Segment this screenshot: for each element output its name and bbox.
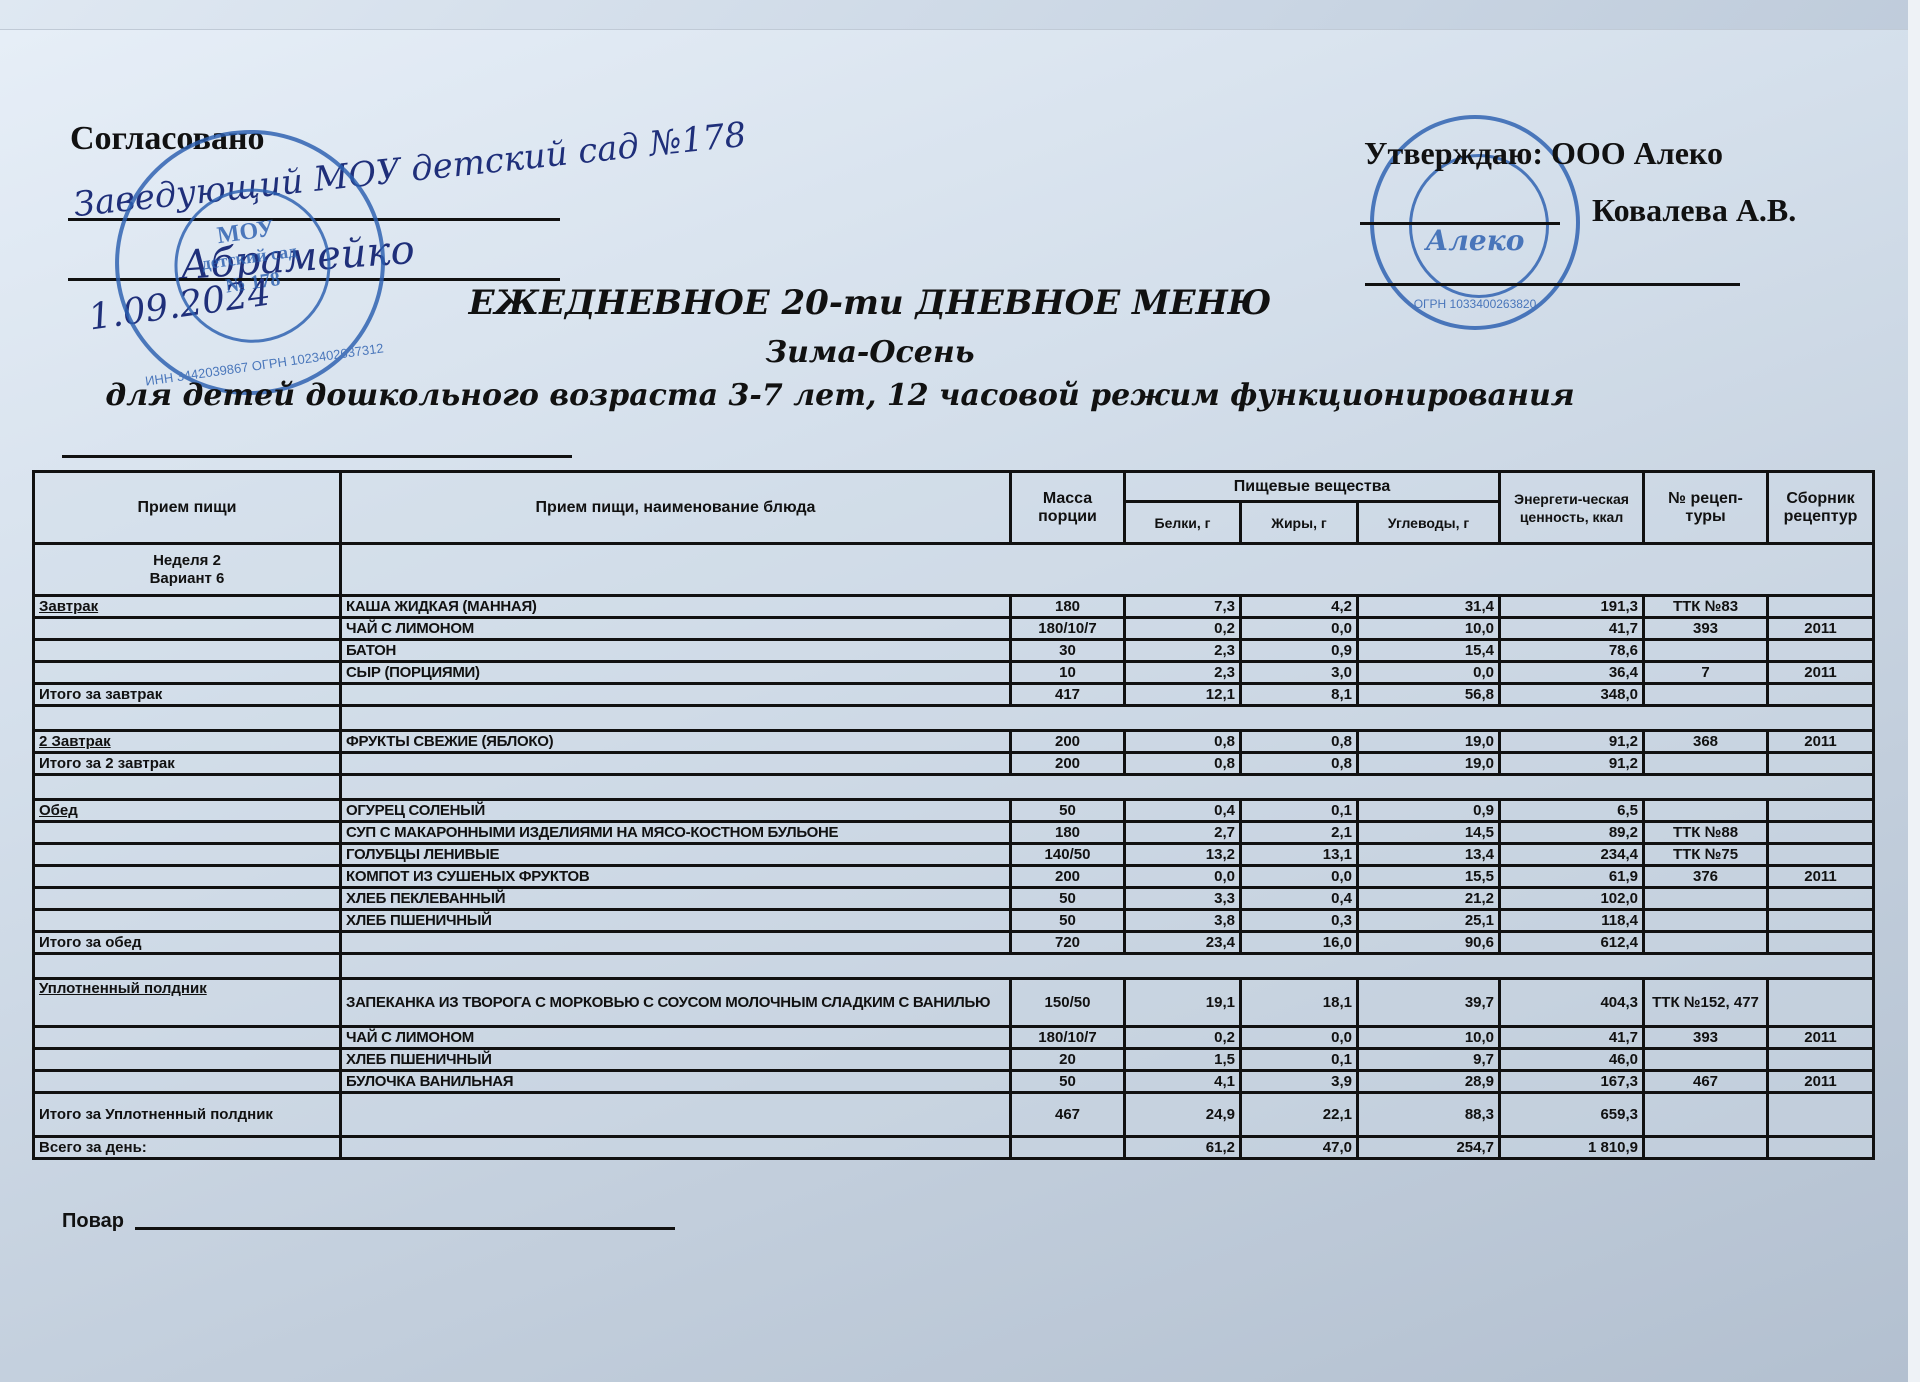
collection-cell: 2011 (1768, 731, 1874, 753)
collection-cell: 2011 (1768, 1071, 1874, 1093)
recipe-cell: 393 (1644, 618, 1768, 640)
cook-signature-line (135, 1227, 675, 1230)
stamp-right-text: Алеко (1374, 224, 1576, 257)
carbs-cell: 10,0 (1358, 618, 1500, 640)
mass-cell: 140/50 (1011, 844, 1125, 866)
empty-cell (1644, 1137, 1768, 1159)
week-label: Неделя 2 (39, 552, 335, 570)
energy-total: 612,4 (1500, 932, 1644, 954)
empty-cell (341, 1137, 1011, 1159)
fat-cell: 0,4 (1241, 888, 1358, 910)
total-row: Итого за 2 завтрак2000,80,819,091,2 (34, 753, 1874, 775)
carbs-total: 88,3 (1358, 1093, 1500, 1137)
mass-total: 417 (1011, 684, 1125, 706)
energy-cell: 234,4 (1500, 844, 1644, 866)
dish-name: БАТОН (341, 640, 1011, 662)
header-dish: Прием пищи, наименование блюда (341, 472, 1011, 544)
carbs-cell: 28,9 (1358, 1071, 1500, 1093)
spacer-row (34, 775, 1874, 800)
empty-cell (34, 775, 341, 800)
week-variant-cell: Неделя 2 Вариант 6 (34, 544, 341, 596)
energy-cell: 191,3 (1500, 596, 1644, 618)
header-recipe-no: № рецеп-туры (1644, 472, 1768, 544)
document-subtitle: для детей дошкольного возраста 3-7 лет, … (0, 378, 1800, 413)
empty-cell (341, 954, 1874, 979)
table-row: ЗавтракКАША ЖИДКАЯ (МАННАЯ)1807,34,231,4… (34, 596, 1874, 618)
collection-cell (1768, 822, 1874, 844)
carbs-cell: 15,4 (1358, 640, 1500, 662)
table-row: ХЛЕБ ПШЕНИЧНЫЙ503,80,325,1118,4 (34, 910, 1874, 932)
header-collection: Сборник рецептур (1768, 472, 1874, 544)
carbs-day-total: 254,7 (1358, 1137, 1500, 1159)
carbs-cell: 21,2 (1358, 888, 1500, 910)
protein-day-total: 61,2 (1125, 1137, 1241, 1159)
dish-name: ХЛЕБ ПШЕНИЧНЫЙ (341, 910, 1011, 932)
total-label: Итого за обед (34, 932, 341, 954)
protein-cell: 3,3 (1125, 888, 1241, 910)
recipe-cell: ТТК №152, 477 (1644, 979, 1768, 1027)
protein-cell: 4,1 (1125, 1071, 1241, 1093)
spacer-row (34, 706, 1874, 731)
dish-name: КОМПОТ ИЗ СУШЕНЫХ ФРУКТОВ (341, 866, 1011, 888)
fat-cell: 0,0 (1241, 1027, 1358, 1049)
spacer-row (34, 954, 1874, 979)
energy-cell: 61,9 (1500, 866, 1644, 888)
protein-cell: 2,7 (1125, 822, 1241, 844)
carbs-cell: 9,7 (1358, 1049, 1500, 1071)
empty-cell (34, 706, 341, 731)
energy-cell: 118,4 (1500, 910, 1644, 932)
carbs-total: 90,6 (1358, 932, 1500, 954)
empty-cell (341, 706, 1874, 731)
dish-name: ЗАПЕКАНКА ИЗ ТВОРОГА С МОРКОВЬЮ С СОУСОМ… (341, 979, 1011, 1027)
protein-cell: 1,5 (1125, 1049, 1241, 1071)
table-row: ЧАЙ С ЛИМОНОМ180/10/70,20,010,041,739320… (34, 1027, 1874, 1049)
mass-cell: 30 (1011, 640, 1125, 662)
empty-cell (34, 888, 341, 910)
mass-cell: 10 (1011, 662, 1125, 684)
table-row: БУЛОЧКА ВАНИЛЬНАЯ504,13,928,9167,3467201… (34, 1071, 1874, 1093)
empty-cell (34, 1027, 341, 1049)
meal-name: 2 Завтрак (34, 731, 341, 753)
day-total-row: Всего за день:61,247,0254,71 810,9 (34, 1137, 1874, 1159)
meal-name: Обед (34, 800, 341, 822)
meal-name: Уплотненный полдник (34, 979, 341, 1027)
empty-cell (1644, 684, 1768, 706)
mass-cell: 50 (1011, 888, 1125, 910)
page-edge (1908, 0, 1920, 1382)
mass-cell: 180 (1011, 596, 1125, 618)
energy-cell: 91,2 (1500, 731, 1644, 753)
recipe-cell: 7 (1644, 662, 1768, 684)
fat-cell: 0,1 (1241, 800, 1358, 822)
protein-cell: 19,1 (1125, 979, 1241, 1027)
dish-name: СУП С МАКАРОННЫМИ ИЗДЕЛИЯМИ НА МЯСО-КОСТ… (341, 822, 1011, 844)
fat-total: 8,1 (1241, 684, 1358, 706)
protein-cell: 0,4 (1125, 800, 1241, 822)
recipe-cell (1644, 800, 1768, 822)
mass-cell: 50 (1011, 1071, 1125, 1093)
header-carbs: Углеводы, г (1358, 502, 1500, 544)
energy-cell: 167,3 (1500, 1071, 1644, 1093)
empty-cell (34, 1071, 341, 1093)
dish-name: ФРУКТЫ СВЕЖИЕ (ЯБЛОКО) (341, 731, 1011, 753)
approved-label: Утверждаю: ООО Алеко (1364, 135, 1723, 172)
fat-cell: 3,9 (1241, 1071, 1358, 1093)
collection-cell (1768, 979, 1874, 1027)
empty-cell (1768, 753, 1874, 775)
fat-cell: 13,1 (1241, 844, 1358, 866)
carbs-total: 19,0 (1358, 753, 1500, 775)
table-row: ОбедОГУРЕЦ СОЛЕНЫЙ500,40,10,96,5 (34, 800, 1874, 822)
approved-name: Ковалева А.В. (1592, 192, 1796, 229)
energy-day-total: 1 810,9 (1500, 1137, 1644, 1159)
carbs-cell: 31,4 (1358, 596, 1500, 618)
recipe-cell: 393 (1644, 1027, 1768, 1049)
mass-cell: 200 (1011, 731, 1125, 753)
dish-name: ХЛЕБ ПШЕНИЧНЫЙ (341, 1049, 1011, 1071)
empty-cell (34, 640, 341, 662)
collection-cell (1768, 888, 1874, 910)
recipe-cell: ТТК №88 (1644, 822, 1768, 844)
fat-cell: 18,1 (1241, 979, 1358, 1027)
recipe-cell (1644, 910, 1768, 932)
empty-cell (34, 954, 341, 979)
protein-total: 24,9 (1125, 1093, 1241, 1137)
protein-total: 0,8 (1125, 753, 1241, 775)
protein-cell: 0,2 (1125, 618, 1241, 640)
carbs-cell: 19,0 (1358, 731, 1500, 753)
collection-cell (1768, 1049, 1874, 1071)
protein-cell: 13,2 (1125, 844, 1241, 866)
empty-cell (1644, 753, 1768, 775)
energy-cell: 41,7 (1500, 1027, 1644, 1049)
mass-total (1011, 1137, 1125, 1159)
recipe-cell: 368 (1644, 731, 1768, 753)
empty-cell (341, 684, 1011, 706)
empty-cell (34, 910, 341, 932)
header-fat: Жиры, г (1241, 502, 1358, 544)
empty-cell (341, 753, 1011, 775)
protein-cell: 2,3 (1125, 662, 1241, 684)
empty-cell (341, 1093, 1011, 1137)
fat-total: 16,0 (1241, 932, 1358, 954)
table-row: Уплотненный полдникЗАПЕКАНКА ИЗ ТВОРОГА … (34, 979, 1874, 1027)
menu-table: Прием пищи Прием пищи, наименование блюд… (32, 470, 1875, 1160)
mass-cell: 50 (1011, 800, 1125, 822)
recipe-cell (1644, 640, 1768, 662)
energy-total: 91,2 (1500, 753, 1644, 775)
collection-cell: 2011 (1768, 1027, 1874, 1049)
protein-cell: 0,8 (1125, 731, 1241, 753)
energy-cell: 36,4 (1500, 662, 1644, 684)
collection-cell (1768, 910, 1874, 932)
table-row: ХЛЕБ ПЕКЛЕВАННЫЙ503,30,421,2102,0 (34, 888, 1874, 910)
fat-cell: 4,2 (1241, 596, 1358, 618)
recipe-cell: ТТК №75 (1644, 844, 1768, 866)
recipe-cell (1644, 888, 1768, 910)
collection-cell: 2011 (1768, 866, 1874, 888)
day-total-label: Всего за день: (34, 1137, 341, 1159)
carbs-cell: 14,5 (1358, 822, 1500, 844)
header-energy: Энергети-ческая ценность, ккал (1500, 472, 1644, 544)
table-row: БАТОН302,30,915,478,6 (34, 640, 1874, 662)
recipe-cell: 376 (1644, 866, 1768, 888)
dish-name: СЫР (ПОРЦИЯМИ) (341, 662, 1011, 684)
mass-cell: 150/50 (1011, 979, 1125, 1027)
energy-cell: 46,0 (1500, 1049, 1644, 1071)
empty-cell (341, 932, 1011, 954)
carbs-cell: 25,1 (1358, 910, 1500, 932)
carbs-cell: 0,0 (1358, 662, 1500, 684)
dish-name: ГОЛУБЦЫ ЛЕНИВЫЕ (341, 844, 1011, 866)
energy-cell: 6,5 (1500, 800, 1644, 822)
table-row: ЧАЙ С ЛИМОНОМ180/10/70,20,010,041,739320… (34, 618, 1874, 640)
dish-name: КАША ЖИДКАЯ (МАННАЯ) (341, 596, 1011, 618)
total-label: Итого за Уплотненный полдник (34, 1093, 341, 1137)
mass-cell: 200 (1011, 866, 1125, 888)
mass-total: 200 (1011, 753, 1125, 775)
fat-cell: 0,8 (1241, 731, 1358, 753)
dish-name: БУЛОЧКА ВАНИЛЬНАЯ (341, 1071, 1011, 1093)
energy-cell: 89,2 (1500, 822, 1644, 844)
divider-line (62, 455, 572, 458)
mass-cell: 180 (1011, 822, 1125, 844)
empty-cell (341, 544, 1874, 596)
fat-cell: 2,1 (1241, 822, 1358, 844)
fat-cell: 3,0 (1241, 662, 1358, 684)
total-row: Итого за Уплотненный полдник46724,922,18… (34, 1093, 1874, 1137)
document-season: Зима-Осень (0, 335, 1830, 370)
empty-cell (34, 866, 341, 888)
collection-cell: 2011 (1768, 618, 1874, 640)
carbs-cell: 0,9 (1358, 800, 1500, 822)
meal-name: Завтрак (34, 596, 341, 618)
energy-cell: 404,3 (1500, 979, 1644, 1027)
table-row: КОМПОТ ИЗ СУШЕНЫХ ФРУКТОВ2000,00,015,561… (34, 866, 1874, 888)
empty-cell (34, 844, 341, 866)
protein-cell: 0,0 (1125, 866, 1241, 888)
carbs-cell: 39,7 (1358, 979, 1500, 1027)
header-nutrients: Пищевые вещества (1125, 472, 1500, 502)
header-meal: Прием пищи (34, 472, 341, 544)
cook-label: Повар (62, 1210, 124, 1233)
table-row: ХЛЕБ ПШЕНИЧНЫЙ201,50,19,746,0 (34, 1049, 1874, 1071)
empty-cell (1768, 1137, 1874, 1159)
collection-cell (1768, 596, 1874, 618)
carbs-cell: 10,0 (1358, 1027, 1500, 1049)
empty-cell (1644, 1093, 1768, 1137)
dish-name: ХЛЕБ ПЕКЛЕВАННЫЙ (341, 888, 1011, 910)
fat-total: 22,1 (1241, 1093, 1358, 1137)
collection-cell: 2011 (1768, 662, 1874, 684)
header-mass: Масса порции (1011, 472, 1125, 544)
protein-cell: 0,2 (1125, 1027, 1241, 1049)
recipe-cell: ТТК №83 (1644, 596, 1768, 618)
carbs-cell: 13,4 (1358, 844, 1500, 866)
fat-day-total: 47,0 (1241, 1137, 1358, 1159)
empty-cell (1768, 684, 1874, 706)
protein-cell: 2,3 (1125, 640, 1241, 662)
mass-cell: 180/10/7 (1011, 1027, 1125, 1049)
collection-cell (1768, 800, 1874, 822)
mass-total: 720 (1011, 932, 1125, 954)
protein-total: 23,4 (1125, 932, 1241, 954)
total-label: Итого за завтрак (34, 684, 341, 706)
fat-cell: 0,3 (1241, 910, 1358, 932)
protein-cell: 3,8 (1125, 910, 1241, 932)
fat-total: 0,8 (1241, 753, 1358, 775)
empty-cell (1768, 1093, 1874, 1137)
recipe-cell: 467 (1644, 1071, 1768, 1093)
energy-cell: 41,7 (1500, 618, 1644, 640)
empty-cell (1644, 932, 1768, 954)
empty-cell (34, 662, 341, 684)
signature-line (1360, 222, 1560, 225)
mass-cell: 50 (1011, 910, 1125, 932)
energy-cell: 78,6 (1500, 640, 1644, 662)
recipe-cell (1644, 1049, 1768, 1071)
carbs-cell: 15,5 (1358, 866, 1500, 888)
mass-cell: 20 (1011, 1049, 1125, 1071)
energy-cell: 102,0 (1500, 888, 1644, 910)
table-row: 2 ЗавтракФРУКТЫ СВЕЖИЕ (ЯБЛОКО)2000,80,8… (34, 731, 1874, 753)
total-row: Итого за обед72023,416,090,6612,4 (34, 932, 1874, 954)
fat-cell: 0,0 (1241, 618, 1358, 640)
table-row: СУП С МАКАРОННЫМИ ИЗДЕЛИЯМИ НА МЯСО-КОСТ… (34, 822, 1874, 844)
total-row: Итого за завтрак41712,18,156,8348,0 (34, 684, 1874, 706)
fat-cell: 0,0 (1241, 866, 1358, 888)
collection-cell (1768, 640, 1874, 662)
empty-cell (34, 618, 341, 640)
mass-cell: 180/10/7 (1011, 618, 1125, 640)
fat-cell: 0,1 (1241, 1049, 1358, 1071)
dish-name: ОГУРЕЦ СОЛЕНЫЙ (341, 800, 1011, 822)
energy-total: 348,0 (1500, 684, 1644, 706)
energy-total: 659,3 (1500, 1093, 1644, 1137)
total-label: Итого за 2 завтрак (34, 753, 341, 775)
fat-cell: 0,9 (1241, 640, 1358, 662)
document-title: ЕЖЕДНЕВНОЕ 20-ти ДНЕВНОЕ МЕНЮ (0, 283, 1830, 323)
empty-cell (34, 822, 341, 844)
protein-total: 12,1 (1125, 684, 1241, 706)
header-protein: Белки, г (1125, 502, 1241, 544)
empty-cell (1768, 932, 1874, 954)
mass-total: 467 (1011, 1093, 1125, 1137)
dish-name: ЧАЙ С ЛИМОНОМ (341, 618, 1011, 640)
variant-label: Вариант 6 (39, 570, 335, 588)
table-row: ГОЛУБЦЫ ЛЕНИВЫЕ140/5013,213,113,4234,4ТТ… (34, 844, 1874, 866)
carbs-total: 56,8 (1358, 684, 1500, 706)
dish-name: ЧАЙ С ЛИМОНОМ (341, 1027, 1011, 1049)
protein-cell: 7,3 (1125, 596, 1241, 618)
empty-cell (341, 775, 1874, 800)
collection-cell (1768, 844, 1874, 866)
empty-cell (34, 1049, 341, 1071)
table-row: СЫР (ПОРЦИЯМИ)102,33,00,036,472011 (34, 662, 1874, 684)
